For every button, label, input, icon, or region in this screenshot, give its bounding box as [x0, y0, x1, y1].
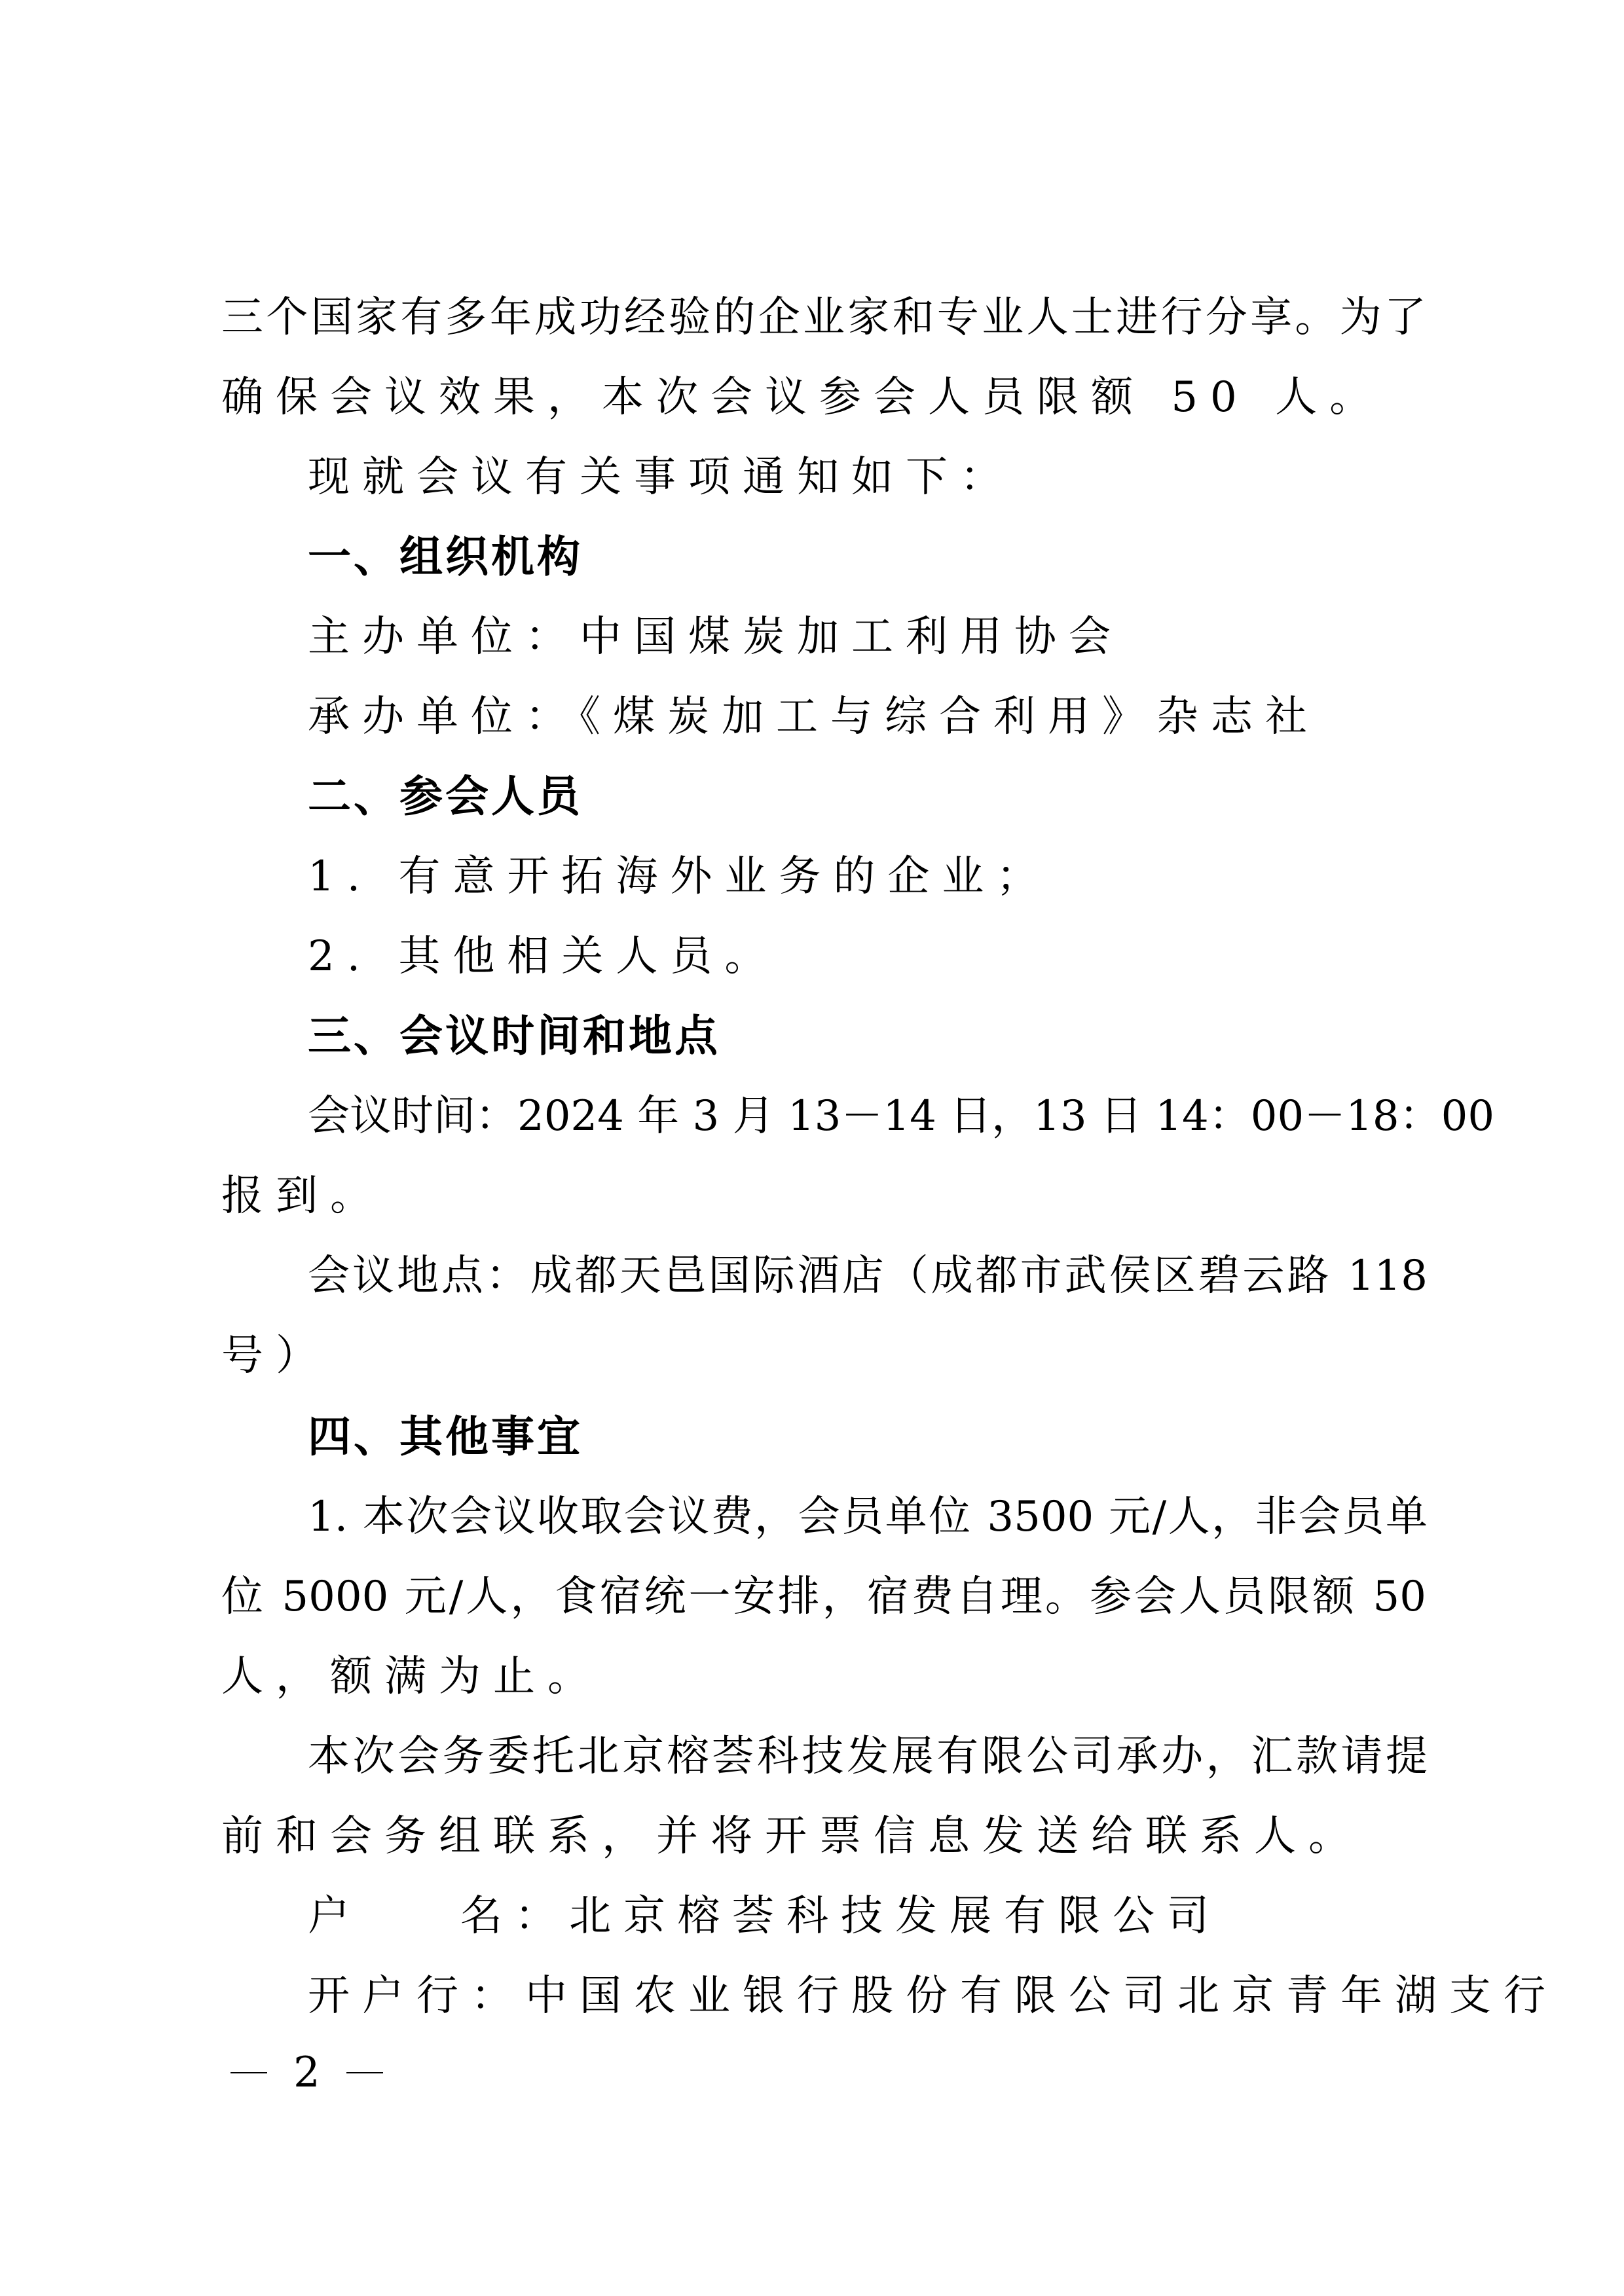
bank-name-row: 开户行：中国农业银行股份有限公司北京青年湖支行 [308, 1956, 1428, 2036]
meeting-place-line-1: 会议地点：成都天邑国际酒店（成都市武侯区碧云路 118 [308, 1236, 1428, 1316]
paragraph-intro-line-2: 确保会议效果，本次会议参会人员限额 50 人。 [221, 357, 1426, 437]
page-number-dash-right [346, 2072, 383, 2073]
meeting-place-line-2: 号） [221, 1316, 1426, 1396]
section-heading-other-matters: 四、其他事宜 [308, 1397, 1428, 1477]
page-number-dash-left [231, 2072, 267, 2073]
section-heading-time-place: 三、会议时间和地点 [308, 996, 1428, 1076]
co-organizer: 承办单位：《煤炭加工与综合利用》杂志社 [308, 677, 1428, 757]
meeting-time-line-2: 报到。 [221, 1156, 1426, 1236]
account-name-value: 北京榕荟科技发展有限公司 [569, 1892, 1221, 1941]
meeting-time-line-1: 会议时间：2024 年 3 月 13－14 日，13 日 14：00－18：00 [308, 1076, 1428, 1156]
section-heading-organization: 一、组织机构 [308, 517, 1428, 597]
page-number-footer: 2 [231, 2047, 383, 2099]
participant-item-1: 1. 有意开拓海外业务的企业； [308, 837, 1428, 917]
agency-paragraph-line-2: 前和会务组联系，并将开票信息发送给联系人。 [221, 1796, 1426, 1876]
account-name-label-b: 名： [460, 1892, 569, 1941]
page-number: 2 [293, 2047, 320, 2099]
paragraph-intro-line-1: 三个国家有多年成功经验的企业家和专业人士进行分享。为了 [221, 278, 1426, 357]
fee-paragraph-line-1: 1. 本次会议收取会议费，会员单位 3500 元/人，非会员单 [308, 1477, 1428, 1557]
section-heading-participants: 二、参会人员 [308, 757, 1428, 837]
account-name-row: 户名：北京榕荟科技发展有限公司 [308, 1876, 1428, 1956]
paragraph-notice-lead: 现就会议有关事项通知如下： [308, 437, 1428, 517]
participant-item-2: 2. 其他相关人员。 [308, 917, 1428, 996]
host-organizer: 主办单位：中国煤炭加工利用协会 [308, 597, 1428, 677]
fee-paragraph-line-3: 人，额满为止。 [221, 1637, 1426, 1717]
fee-paragraph-line-2: 位 5000 元/人，食宿统一安排，宿费自理。参会人员限额 50 [221, 1557, 1426, 1637]
document-page: 三个国家有多年成功经验的企业家和专业人士进行分享。为了 确保会议效果，本次会议参… [0, 0, 1624, 2296]
agency-paragraph-line-1: 本次会务委托北京榕荟科技发展有限公司承办，汇款请提 [308, 1717, 1428, 1796]
account-name-label-a: 户 [308, 1892, 362, 1941]
